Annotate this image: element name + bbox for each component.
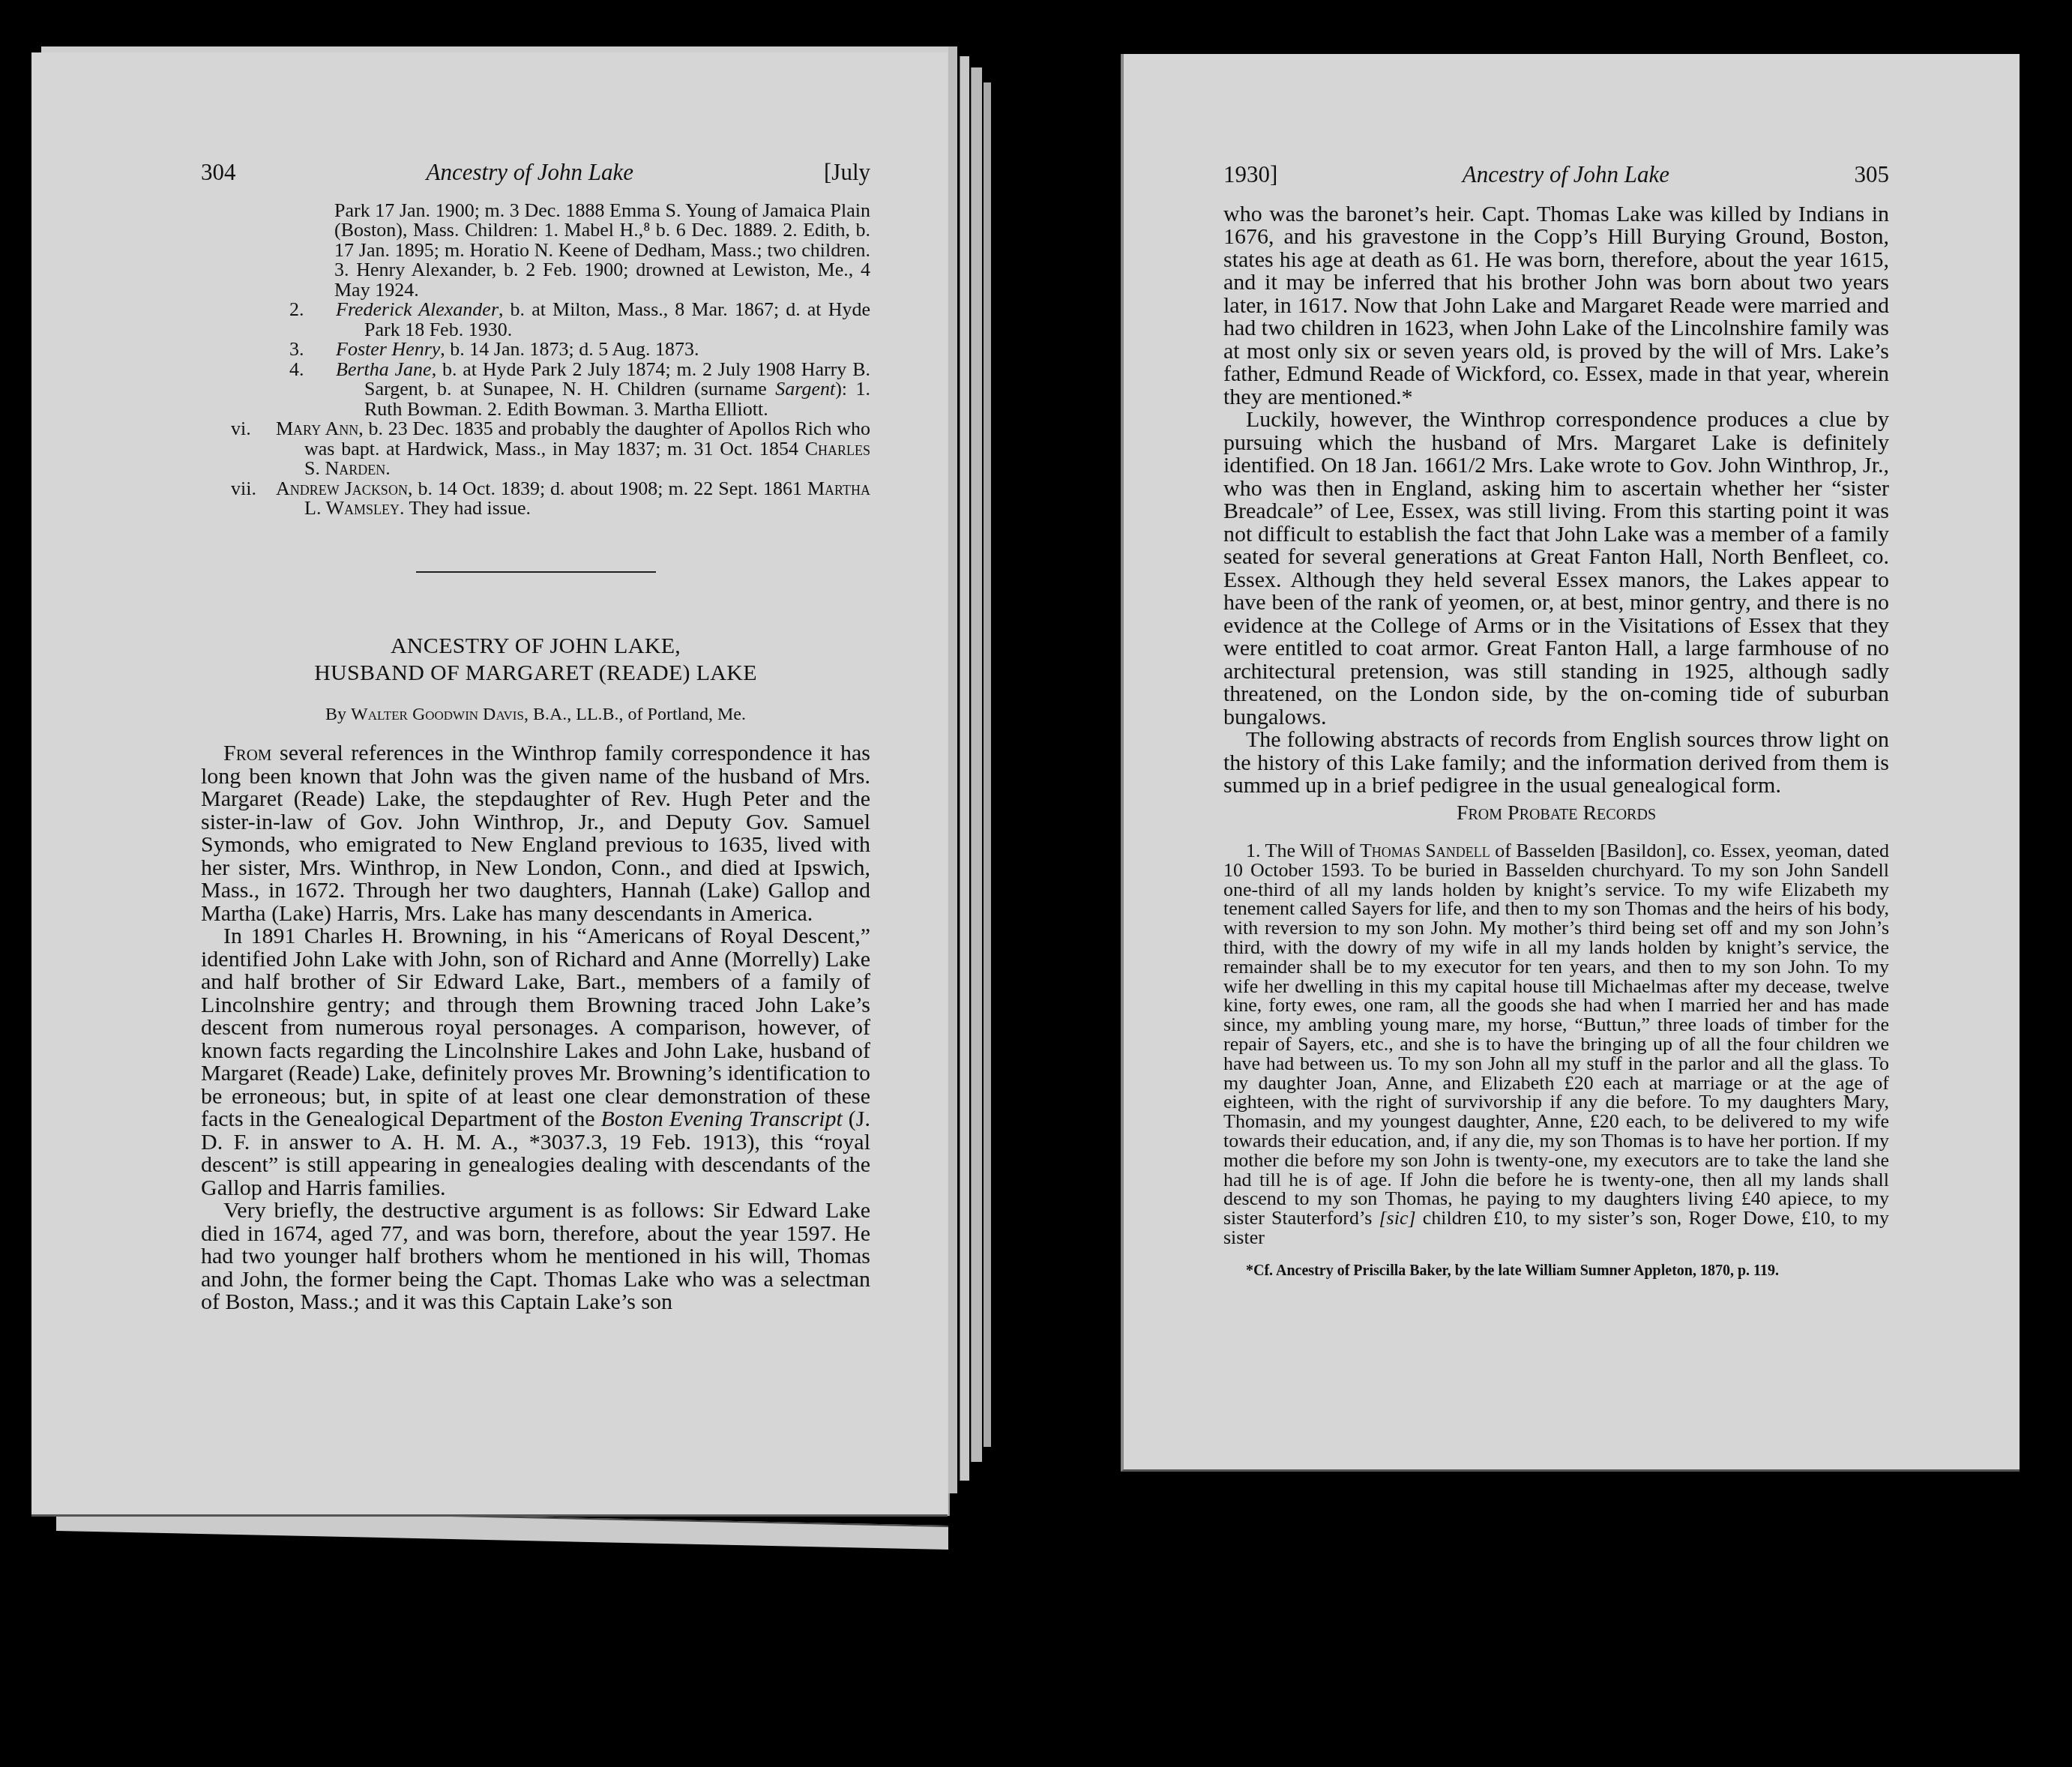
page-stack-edge [984,82,991,1447]
paragraph: Luckily, however, the Winthrop correspon… [1223,409,1889,729]
paragraph: From several references in the Winthrop … [201,742,870,925]
paragraph: Very briefly, the destructive argument i… [201,1199,870,1314]
paragraph: In 1891 Charles H. Browning, in his “Ame… [201,925,870,1199]
byline: By Walter Goodwin Davis, B.A., LL.B., of… [201,703,870,726]
page-stack-edge [971,67,982,1462]
will-abstract: 1. The Will of Thomas Sandell of Basseld… [1223,841,1889,1247]
publication-title: Boston Evening Transcript [600,1107,842,1131]
running-title: Ancestry of John Lake [427,161,633,184]
paragraph: who was the baronet’s heir. Capt. Thomas… [1223,203,1889,409]
person-name: Andrew Jackson [276,478,408,499]
page-stack-edge [960,56,969,1481]
section-divider [416,571,656,573]
testator-name: Thomas Sandell [1360,840,1490,861]
footnote: *Cf. Ancestry of Priscilla Baker, by the… [1223,1259,1889,1283]
child-entry: 2. Frederick Alexander, b. at Milton, Ma… [201,300,870,340]
child-name: Frederick Alexander [336,298,499,320]
roman-entry: vi. Mary Ann, b. 23 Dec. 1835 and probab… [201,419,870,479]
running-date: 1930] [1223,163,1277,187]
running-head: 1930] Ancestry of John Lake 305 [1223,163,1889,187]
running-head: 304 Ancestry of John Lake [July [201,161,870,184]
genealogy-entries: Park 17 Jan. 1900; m. 3 Dec. 1888 Emma S… [201,201,870,519]
child-name: Bertha Jane [336,358,432,380]
section-heading: From Probate Records [1223,802,1889,825]
page-number: 305 [1854,163,1889,187]
left-page-content: 304 Ancestry of John Lake [July Park 17 … [201,161,870,1314]
paragraph: The following abstracts of records from … [1223,729,1889,798]
running-title: Ancestry of John Lake [1463,163,1669,187]
child-entry: 3. Foster Henry, b. 14 Jan. 1873; d. 5 A… [201,340,870,360]
continuation-text: Park 17 Jan. 1900; m. 3 Dec. 1888 Emma S… [201,201,870,301]
person-name: Mary Ann [276,418,358,439]
child-name: Foster Henry [336,338,440,360]
right-page-content: 1930] Ancestry of John Lake 305 who was … [1223,163,1889,1282]
roman-entry: vii. Andrew Jackson, b. 14 Oct. 1839; d.… [201,479,870,519]
page-stack-edge [948,46,957,1493]
author-name: Walter Goodwin Davis [351,705,524,724]
child-entry: 4. Bertha Jane, b. at Hyde Park 2 July 1… [201,360,870,420]
running-date: [July [824,161,870,184]
article-title: ANCESTRY OF JOHN LAKE, HUSBAND OF MARGAR… [201,633,870,687]
page-number: 304 [201,161,236,184]
